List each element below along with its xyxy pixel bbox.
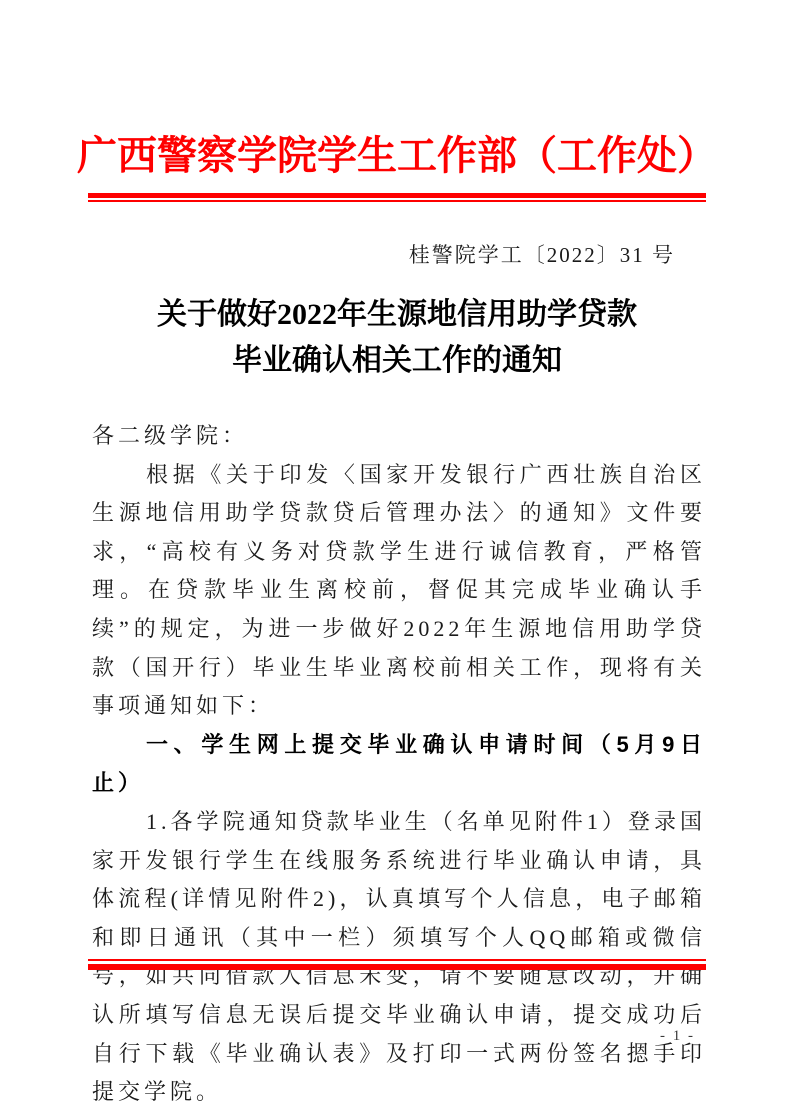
footer-double-rule — [88, 959, 706, 970]
footer-rule-thick-line — [88, 964, 706, 970]
letterhead-title: 广西警察学院学生工作部（工作处） — [0, 130, 794, 182]
document-page: 广西警察学院学生工作部（工作处） 桂警院学工〔2022〕31 号 关于做好202… — [0, 0, 794, 1108]
notice-body: 各二级学院： 根据《关于印发〈国家开发银行广西壮族自治区生源地信用助学贷款贷后管… — [92, 417, 706, 1108]
header-rule-thin-line — [88, 200, 706, 202]
paragraph-item-1: 1.各学院通知贷款毕业生（名单见附件1）登录国家开发银行学生在线服务系统进行毕业… — [92, 803, 706, 1108]
document-reference-number: 桂警院学工〔2022〕31 号 — [409, 239, 675, 269]
notice-title: 关于做好2022年生源地信用助学贷款 毕业确认相关工作的通知 — [0, 292, 794, 384]
header-double-rule — [88, 193, 706, 202]
notice-title-line-2: 毕业确认相关工作的通知 — [0, 338, 794, 384]
page-number: - 1 - — [660, 1028, 695, 1045]
salutation: 各二级学院： — [92, 417, 706, 456]
paragraph-intro: 根据《关于印发〈国家开发银行广西壮族自治区生源地信用助学贷款贷后管理办法〉的通知… — [92, 456, 706, 726]
notice-title-line-1: 关于做好2022年生源地信用助学贷款 — [0, 292, 794, 338]
section-1-heading: 一、学生网上提交毕业确认申请时间（5月9日止） — [92, 726, 706, 803]
